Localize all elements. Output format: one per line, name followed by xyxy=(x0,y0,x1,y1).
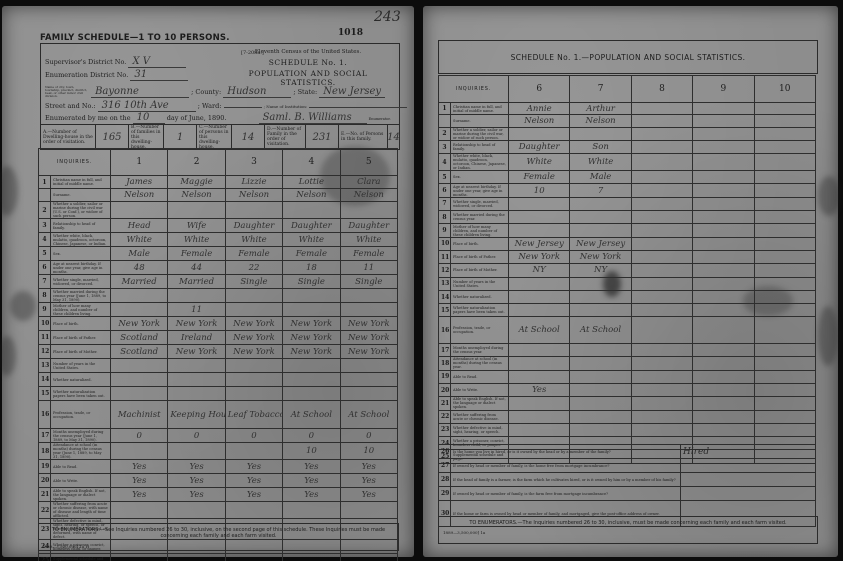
inquiry-label: Place of birth of Mother. xyxy=(51,345,111,359)
handwritten-entry: Married xyxy=(111,275,168,289)
handwritten-entry xyxy=(754,423,815,436)
inquiry-label: Whether suffering from acute or chronic … xyxy=(451,410,509,423)
handwritten-entry xyxy=(570,290,631,303)
handwritten-entry xyxy=(693,277,754,290)
summary-value-e: 14 xyxy=(388,125,399,149)
table-row: 18Attendance at school (in months) durin… xyxy=(39,443,398,460)
inquiry-label: Able to Read. xyxy=(451,370,509,383)
handwritten-entry xyxy=(631,264,692,277)
handwritten-entry xyxy=(111,502,168,519)
inquiry-number: 10 xyxy=(39,317,51,331)
column-header: 8 xyxy=(631,76,692,103)
inquiry-label: Supplemental schedule and page. xyxy=(51,554,111,561)
handwritten-entry xyxy=(631,397,692,410)
street-value: 316 10th Ave xyxy=(98,100,196,112)
inquiries-header: INQUIRIES. xyxy=(39,149,111,176)
inquiry-label: Months unemployed during the census year… xyxy=(51,429,111,443)
table-row: 19Able to Read. xyxy=(439,370,816,383)
handwritten-entry xyxy=(283,303,340,317)
handwritten-entry xyxy=(693,224,754,237)
handwritten-entry: Female xyxy=(225,247,282,261)
handwritten-entry: New Jersey xyxy=(570,237,631,250)
inquiry-number: 1 xyxy=(439,103,451,115)
handwritten-entry xyxy=(570,224,631,237)
handwritten-entry xyxy=(754,304,815,317)
inquiry-number: 13 xyxy=(439,277,451,290)
handwritten-entry xyxy=(693,290,754,303)
handwritten-entry xyxy=(168,443,225,460)
handwritten-entry xyxy=(283,359,340,373)
handwritten-entry: Single xyxy=(283,275,340,289)
handwritten-entry xyxy=(340,202,397,219)
enumerator-instructions: TO ENUMERATORS.—The Inquiries numbered 2… xyxy=(438,516,818,544)
table-row: 12Place of birth of Mother.NYNY xyxy=(439,264,816,277)
enumeration-district-label: Enumeration District No. xyxy=(45,71,128,79)
handwritten-entry xyxy=(111,443,168,460)
inquiry-label: Whether single, married, widowed, or div… xyxy=(51,275,111,289)
summary-value-b: 1 xyxy=(164,125,197,149)
handwritten-entry xyxy=(693,211,754,224)
handwritten-entry: Yes xyxy=(111,488,168,502)
handwritten-entry xyxy=(631,171,692,184)
handwritten-entry xyxy=(631,317,692,344)
handwritten-entry: New York xyxy=(168,345,225,359)
handwritten-entry: Yes xyxy=(168,474,225,488)
page-stain xyxy=(0,166,18,216)
handwritten-entry: Single xyxy=(225,275,282,289)
family-inquiries-table: 26Is the home you live in hired, or is i… xyxy=(438,444,816,527)
inquiry-number xyxy=(39,189,51,202)
inquiry-label: If owned by head or member of family, is… xyxy=(451,459,681,473)
handwritten-entry xyxy=(631,277,692,290)
table-row: 17Months unemployed during the census ye… xyxy=(439,344,816,357)
handwritten-entry: 18 xyxy=(283,261,340,275)
table-row: 7Whether single, married, widowed, or di… xyxy=(39,275,398,289)
handwritten-entry xyxy=(570,410,631,423)
handwritten-entry xyxy=(693,383,754,396)
inquiry-label: Whether a soldier, sailor or marine duri… xyxy=(51,202,111,219)
handwritten-entry xyxy=(509,357,570,370)
handwritten-entry xyxy=(509,211,570,224)
inquiry-number: 23 xyxy=(439,423,451,436)
handwritten-entry: New York xyxy=(225,317,282,331)
handwritten-entry xyxy=(225,202,282,219)
table-row: 14Whether naturalized. xyxy=(439,290,816,303)
handwritten-entry: Male xyxy=(111,247,168,261)
handwritten-entry xyxy=(754,277,815,290)
inquiry-number: 25 xyxy=(39,554,51,561)
table-row: 17Months unemployed during the census ye… xyxy=(39,429,398,443)
table-row: 9Mother of how many children, and number… xyxy=(439,224,816,237)
handwritten-entry xyxy=(570,357,631,370)
handwritten-entry xyxy=(693,264,754,277)
handwritten-entry xyxy=(509,197,570,210)
handwritten-entry: 0 xyxy=(111,429,168,443)
handwritten-entry xyxy=(340,303,397,317)
inquiry-label: Relationship to head of family. xyxy=(51,219,111,233)
inquiry-number: 6 xyxy=(39,261,51,275)
handwritten-entry: Married xyxy=(168,275,225,289)
inquiry-label: Surname. xyxy=(51,189,111,202)
inquiry-label: Whether a soldier, sailor or marine duri… xyxy=(451,127,509,140)
handwritten-entry: 10 xyxy=(509,184,570,197)
table-row: 2Whether a soldier, sailor or marine dur… xyxy=(39,202,398,219)
handwritten-entry xyxy=(681,473,816,487)
inquiry-number: 8 xyxy=(439,211,451,224)
inquiries-header: INQUIRIES. xyxy=(439,76,509,103)
table-row: 4Whether white, black, mulatto, quadroon… xyxy=(439,154,816,171)
inquiry-number: 2 xyxy=(39,202,51,219)
inquiry-number: 19 xyxy=(39,460,51,474)
handwritten-entry xyxy=(754,383,815,396)
inquiry-number: 14 xyxy=(39,373,51,387)
table-row: 11Place of birth of Father.ScotlandIrela… xyxy=(39,331,398,345)
handwritten-entry: New York xyxy=(570,250,631,263)
handwritten-entry: 0 xyxy=(340,429,397,443)
inquiries-table-left: INQUIRIES. 1 2 3 4 5 1Christian name in … xyxy=(38,148,398,561)
table-row: 13Number of years in the United States. xyxy=(39,359,398,373)
handwritten-entry: Scotland xyxy=(111,345,168,359)
enumerated-suffix: day of June, 1890. xyxy=(167,114,227,122)
inquiry-label: Place of birth. xyxy=(51,317,111,331)
handwritten-entry xyxy=(754,250,815,263)
schedule-header-box: [7-208a.] Eleventh Census of the United … xyxy=(40,43,400,125)
institution-value xyxy=(309,107,407,108)
handwritten-entry xyxy=(754,290,815,303)
inquiry-label: Attendance at school (in months) during … xyxy=(51,443,111,460)
handwritten-entry: 11 xyxy=(340,261,397,275)
handwritten-entry xyxy=(681,487,816,501)
handwritten-entry xyxy=(168,359,225,373)
inquiry-label: Sex. xyxy=(451,171,509,184)
handwritten-entry xyxy=(340,359,397,373)
handwritten-entry xyxy=(693,357,754,370)
handwritten-entry xyxy=(693,304,754,317)
table-row: 3Relationship to head of family.HeadWife… xyxy=(39,219,398,233)
inquiry-label: Whether married during the census year. xyxy=(451,211,509,224)
inquiry-label: Profession, trade, or occupation. xyxy=(51,401,111,429)
handwritten-entry: 0 xyxy=(168,429,225,443)
handwritten-entry xyxy=(693,344,754,357)
schedule-label: SCHEDULE No. 1. xyxy=(223,58,393,67)
handwritten-entry xyxy=(631,127,692,140)
table-row: 1Christian name in full, and initial of … xyxy=(439,103,816,115)
handwritten-entry xyxy=(631,423,692,436)
inquiry-number: 3 xyxy=(39,219,51,233)
inquiry-number: 16 xyxy=(439,317,451,344)
table-row: 10Place of birth.New YorkNew YorkNew Yor… xyxy=(39,317,398,331)
page-stain xyxy=(818,176,840,216)
summary-label-d: D.—Number of Family in the order of visi… xyxy=(265,125,306,149)
inquiry-label: Christian name in full, and initial of m… xyxy=(51,176,111,189)
handwritten-entry xyxy=(693,127,754,140)
handwritten-entry xyxy=(111,303,168,317)
column-header: 10 xyxy=(754,76,815,103)
table-row: 11Place of birth of Father.New YorkNew Y… xyxy=(439,250,816,263)
handwritten-entry: Leaf Tobacco Work xyxy=(225,401,282,429)
handwritten-entry: Maggie xyxy=(168,176,225,189)
inquiry-label: Whether naturalized. xyxy=(451,290,509,303)
handwritten-entry: New York xyxy=(283,317,340,331)
handwritten-entry xyxy=(111,387,168,401)
inquiry-number: 18 xyxy=(39,443,51,460)
handwritten-entry xyxy=(509,370,570,383)
page-stain xyxy=(10,291,36,321)
table-row: 18Attendance at school (in months) durin… xyxy=(439,357,816,370)
summary-value-a: 165 xyxy=(96,125,129,149)
handwritten-entry xyxy=(168,202,225,219)
handwritten-entry: Yes xyxy=(225,474,282,488)
inquiry-label: Whether naturalization papers have been … xyxy=(51,387,111,401)
table-row: 15Whether naturalization papers have bee… xyxy=(39,387,398,401)
handwritten-entry: New York xyxy=(283,345,340,359)
inquiry-label: Place of birth of Father. xyxy=(451,250,509,263)
inquiry-number: 29 xyxy=(439,487,451,501)
handwritten-entry xyxy=(754,357,815,370)
handwritten-entry: New Jersey xyxy=(509,237,570,250)
inquiry-number: 15 xyxy=(439,304,451,317)
inquiry-number: 9 xyxy=(39,303,51,317)
inquiry-label: Able to Read. xyxy=(51,460,111,474)
handwritten-entry: New York xyxy=(283,331,340,345)
inquiry-number: 21 xyxy=(439,397,451,410)
handwritten-entry xyxy=(340,502,397,519)
handwritten-entry: New York xyxy=(340,345,397,359)
handwritten-entry xyxy=(225,443,282,460)
handwritten-entry xyxy=(111,202,168,219)
inquiry-number: 5 xyxy=(439,171,451,184)
inquiry-label: Is the home you live in hired, or is it … xyxy=(451,445,681,459)
family-inquiry-row: 29If owned by head or member of family, … xyxy=(439,487,816,501)
handwritten-entry xyxy=(509,304,570,317)
inquiry-label: Mother of how many children, and number … xyxy=(451,224,509,237)
handwritten-entry xyxy=(631,154,692,171)
table-row: Surname.NelsonNelson xyxy=(439,115,816,127)
handwritten-entry xyxy=(693,423,754,436)
handwritten-entry: White xyxy=(570,154,631,171)
inquiry-number: 13 xyxy=(39,359,51,373)
table-row: 8Whether married during the census year … xyxy=(39,289,398,303)
handwritten-entry xyxy=(283,373,340,387)
handwritten-entry xyxy=(754,103,815,115)
handwritten-entry: 10 xyxy=(283,443,340,460)
handwritten-entry xyxy=(631,140,692,153)
family-inquiry-row: 27If owned by head or member of family, … xyxy=(439,459,816,473)
column-header: 2 xyxy=(168,149,225,176)
handwritten-entry xyxy=(111,373,168,387)
handwritten-entry xyxy=(225,289,282,303)
handwritten-entry: Single xyxy=(340,275,397,289)
handwritten-entry xyxy=(225,502,282,519)
handwritten-entry: Female xyxy=(168,247,225,261)
table-row: 9Mother of how many children, and number… xyxy=(39,303,398,317)
handwritten-entry xyxy=(754,154,815,171)
handwritten-entry: Yes xyxy=(168,460,225,474)
enumerated-line: Enumerated by me on the 10 day of June, … xyxy=(45,112,391,124)
inquiry-number: 2 xyxy=(439,127,451,140)
handwritten-entry xyxy=(570,423,631,436)
inquiry-number: 17 xyxy=(439,344,451,357)
street-line: Street and No.: 316 10th Ave ; Ward: ; N… xyxy=(45,100,407,112)
inquiry-number: 26 xyxy=(439,445,451,459)
handwritten-entry: Nelson xyxy=(570,115,631,127)
handwritten-entry: Hired xyxy=(681,445,816,459)
handwritten-entry: Yes xyxy=(283,460,340,474)
handwritten-entry: White xyxy=(509,154,570,171)
handwritten-entry xyxy=(693,370,754,383)
handwritten-entry xyxy=(693,410,754,423)
table-row: 21Able to speak English. If not, the lan… xyxy=(439,397,816,410)
supervisors-district-line: Supervisor's District No. X V xyxy=(45,56,186,68)
handwritten-stamp-number: 243 xyxy=(374,9,401,25)
handwritten-entry xyxy=(631,103,692,115)
family-inquiry-row: 28If the head of family is a farmer, is … xyxy=(439,473,816,487)
summary-label-a: A.—Number of Dwelling-house in the order… xyxy=(41,125,96,149)
inquiry-label: Whether suffering from acute or chronic … xyxy=(51,502,111,519)
inquiry-number: 20 xyxy=(39,474,51,488)
handwritten-entry xyxy=(283,387,340,401)
table-header-row: INQUIRIES. 1 2 3 4 5 xyxy=(39,149,398,176)
handwritten-entry: Female xyxy=(509,171,570,184)
summary-value-c: 14 xyxy=(232,125,265,149)
handwritten-entry xyxy=(631,115,692,127)
handwritten-entry: Lottie xyxy=(283,176,340,189)
inquiry-label: Whether white, black, mulatto, quadroon,… xyxy=(51,233,111,247)
handwritten-entry xyxy=(570,370,631,383)
inquiry-number: 16 xyxy=(39,401,51,429)
handwritten-entry: New York xyxy=(225,331,282,345)
handwritten-entry xyxy=(509,410,570,423)
inquiry-number: 11 xyxy=(439,250,451,263)
schedule-title: SCHEDULE No. 1.—POPULATION AND SOCIAL ST… xyxy=(438,40,818,74)
handwritten-entry xyxy=(631,383,692,396)
table-row: 10Place of birth.New JerseyNew Jersey xyxy=(439,237,816,250)
handwritten-entry: Nelson xyxy=(168,189,225,202)
handwritten-entry xyxy=(631,290,692,303)
column-header: 6 xyxy=(509,76,570,103)
location-line: Name of city, town, township, precinct, … xyxy=(45,86,385,98)
handwritten-entry xyxy=(693,317,754,344)
handwritten-entry: Lizzie xyxy=(225,176,282,189)
handwritten-entry xyxy=(754,171,815,184)
handwritten-entry xyxy=(509,127,570,140)
handwritten-entry: Yes xyxy=(283,488,340,502)
handwritten-entry xyxy=(283,202,340,219)
footer-note-text: TO ENUMERATORS.—See Inquiries numbered 2… xyxy=(52,527,385,539)
inquiry-label: Number of years in the United States. xyxy=(51,359,111,373)
handwritten-entry: Yes xyxy=(340,460,397,474)
inquiry-number: 12 xyxy=(439,264,451,277)
handwritten-entry: Daughter xyxy=(509,140,570,153)
handwritten-entry: New York xyxy=(340,331,397,345)
inquiry-label: Whether naturalization papers have been … xyxy=(451,304,509,317)
handwritten-entry: Yes xyxy=(283,474,340,488)
table-row: 20Able to Write.Yes xyxy=(439,383,816,396)
handwritten-entry: Yes xyxy=(111,474,168,488)
handwritten-entry xyxy=(225,387,282,401)
handwritten-entry xyxy=(681,459,816,473)
table-row: 4Whether white, black, mulatto, quadroon… xyxy=(39,233,398,247)
handwritten-entry xyxy=(693,184,754,197)
enumerator-instructions: TO ENUMERATORS.—See Inquiries numbered 2… xyxy=(38,523,399,551)
handwritten-entry xyxy=(754,344,815,357)
inquiry-number: 11 xyxy=(39,331,51,345)
enumerator-signature: Saml. B. Williams xyxy=(259,112,367,124)
summary-label-e: E.—No. of Persons in this family. xyxy=(339,125,388,149)
handwritten-entry xyxy=(168,387,225,401)
handwritten-entry: James xyxy=(111,176,168,189)
inquiry-label: Place of birth of Mother. xyxy=(451,264,509,277)
handwritten-entry xyxy=(509,397,570,410)
street-label: Street and No.: xyxy=(45,102,96,110)
handwritten-entry xyxy=(754,140,815,153)
handwritten-entry xyxy=(570,397,631,410)
handwritten-entry xyxy=(754,115,815,127)
handwritten-entry: NY xyxy=(570,264,631,277)
handwritten-entry xyxy=(754,397,815,410)
handwritten-entry: Male xyxy=(570,171,631,184)
handwritten-entry xyxy=(509,344,570,357)
inquiry-number xyxy=(439,115,451,127)
inquiry-number: 14 xyxy=(439,290,451,303)
handwritten-entry xyxy=(340,554,397,561)
table-row: 5Sex.MaleFemaleFemaleFemaleFemale xyxy=(39,247,398,261)
inquiry-number: 5 xyxy=(39,247,51,261)
handwritten-entry xyxy=(693,197,754,210)
handwritten-entry: White xyxy=(283,233,340,247)
handwritten-entry xyxy=(168,554,225,561)
inquiry-number: 20 xyxy=(439,383,451,396)
inquiry-label: Age at nearest birthday. If under one ye… xyxy=(51,261,111,275)
handwritten-entry: Yes xyxy=(111,460,168,474)
handwritten-entry xyxy=(693,140,754,153)
handwritten-entry xyxy=(570,304,631,317)
table-row: 23Whether defective in mind, sight, hear… xyxy=(439,423,816,436)
handwritten-entry xyxy=(754,264,815,277)
handwritten-entry xyxy=(340,289,397,303)
handwritten-entry: White xyxy=(111,233,168,247)
page-stain xyxy=(0,336,16,376)
table-row: 2Whether a soldier, sailor or marine dur… xyxy=(439,127,816,140)
table-row: 22Whether suffering from acute or chroni… xyxy=(439,410,816,423)
family-schedule-title: FAMILY SCHEDULE—1 TO 10 PERSONS. xyxy=(40,33,230,43)
handwritten-entry xyxy=(693,154,754,171)
handwritten-entry xyxy=(225,373,282,387)
handwritten-entry xyxy=(283,554,340,561)
handwritten-entry xyxy=(509,277,570,290)
inquiry-number: 6 xyxy=(439,184,451,197)
page-stain xyxy=(818,306,838,366)
inquiry-label: Relationship to head of family. xyxy=(451,140,509,153)
inquiry-label: Months unemployed during the census year… xyxy=(451,344,509,357)
summary-label-b: B.—Number of families in this dwelling-h… xyxy=(129,125,164,149)
handwritten-entry: 48 xyxy=(111,261,168,275)
footer-note-text: TO ENUMERATORS.—The Inquiries numbered 2… xyxy=(469,520,786,526)
inquiry-label: Sex. xyxy=(51,247,111,261)
table-row: 12Place of birth of Mother.ScotlandNew Y… xyxy=(39,345,398,359)
handwritten-entry: NY xyxy=(509,264,570,277)
handwritten-entry xyxy=(225,303,282,317)
handwritten-entry: Yes xyxy=(340,474,397,488)
inquiry-number: 7 xyxy=(439,197,451,210)
handwritten-entry: White xyxy=(225,233,282,247)
table-row: 8Whether married during the census year. xyxy=(439,211,816,224)
handwritten-entry: Clara xyxy=(340,176,397,189)
handwritten-entry: 0 xyxy=(283,429,340,443)
handwritten-entry: New York xyxy=(340,317,397,331)
handwritten-entry: Nelson xyxy=(283,189,340,202)
inquiry-number: 4 xyxy=(439,154,451,171)
